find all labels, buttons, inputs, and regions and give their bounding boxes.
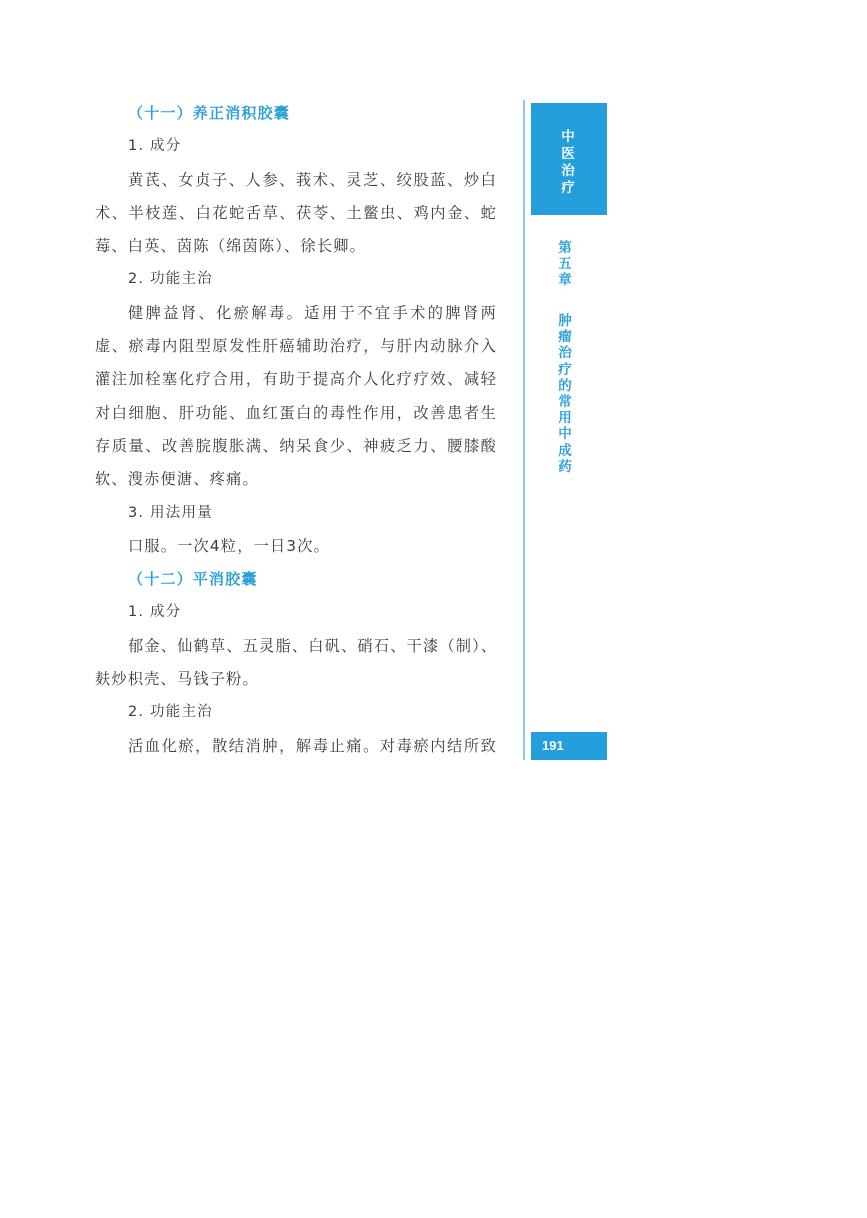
subheading-ingredients: 1. 成分: [95, 130, 497, 163]
paragraph-line: 郁金、仙鹤草、五灵脂、白矾、硝石、干漆（制）、: [95, 630, 497, 663]
section-tab-label: 中医治疗: [559, 129, 577, 197]
paragraph-line: 黄芪、女贞子、人参、莪术、灵芝、绞股蓝、炒白: [95, 164, 497, 197]
subheading-indications: 2. 功能主治: [95, 696, 497, 729]
page-number: 191: [542, 738, 564, 753]
paragraph-line: 活血化瘀，散结消肿，解毒止痛。对毒瘀内结所致: [95, 730, 497, 763]
page-body: （十一）养正消积胶囊 1. 成分 黄芪、女贞子、人参、莪术、灵芝、绞股蓝、炒白 …: [95, 97, 497, 763]
section-heading: （十二）平消胶囊: [95, 563, 497, 596]
paragraph-line: 莓、白英、茵陈（绵茵陈）、徐长卿。: [95, 230, 497, 263]
subheading-dosage: 3. 用法用量: [95, 497, 497, 530]
margin-divider: [523, 100, 525, 760]
page-number-box: 191: [531, 732, 607, 760]
paragraph-line: 软、溲赤便溏、疼痛。: [95, 463, 497, 496]
paragraph-line: 术、半枝莲、白花蛇舌草、茯苓、土鳖虫、鸡内金、蛇: [95, 197, 497, 230]
subheading-ingredients: 1. 成分: [95, 596, 497, 629]
paragraph-line: 虚、瘀毒内阻型原发性肝癌辅助治疗，与肝内动脉介入: [95, 330, 497, 363]
chapter-label: 第五章: [556, 240, 574, 289]
paragraph-line: 存质量、改善脘腹胀满、纳呆食少、神疲乏力、腰膝酸: [95, 430, 497, 463]
paragraph-line: 口服。一次4粒，一日3次。: [95, 530, 497, 563]
subheading-indications: 2. 功能主治: [95, 263, 497, 296]
chapter-title: 肿瘤治疗的常用中成药: [556, 313, 574, 475]
paragraph-line: 对白细胞、肝功能、血红蛋白的毒性作用，改善患者生: [95, 397, 497, 430]
paragraph-line: 麸炒枳壳、马钱子粉。: [95, 663, 497, 696]
section-heading: （十一）养正消积胶囊: [95, 97, 497, 130]
section-tab: 中医治疗: [531, 103, 607, 215]
paragraph-line: 健脾益肾、化瘀解毒。适用于不宜手术的脾肾两: [95, 297, 497, 330]
paragraph-line: 灌注加栓塞化疗合用，有助于提高介人化疗疗效、减轻: [95, 363, 497, 396]
